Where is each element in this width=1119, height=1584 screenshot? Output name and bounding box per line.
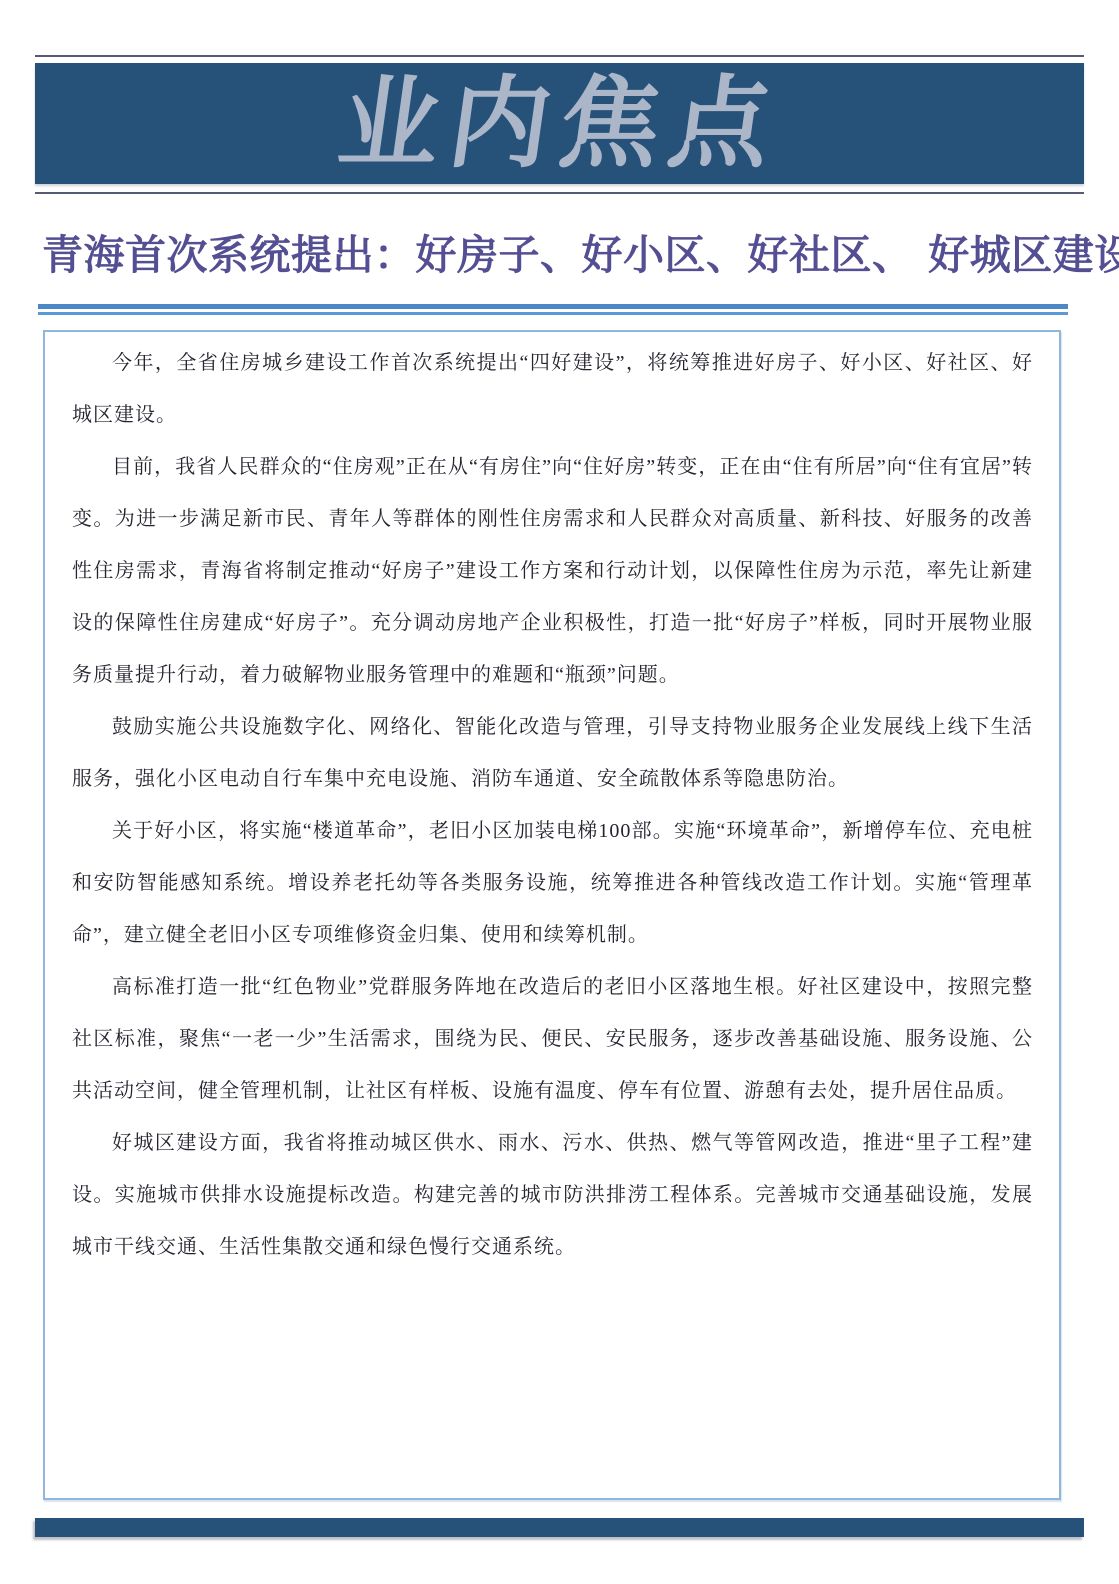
article-paragraph: 鼓励实施公共设施数字化、网络化、智能化改造与管理，引导支持物业服务企业发展线上线…	[72, 701, 1033, 805]
article-paragraph: 今年，全省住房城乡建设工作首次系统提出“四好建设”，将统筹推进好房子、好小区、好…	[72, 337, 1033, 441]
article-paragraph: 高标准打造一批“红色物业”党群服务阵地在改造后的老旧小区落地生根。好社区建设中，…	[72, 961, 1033, 1117]
article-paragraph: 目前，我省人民群众的“住房观”正在从“有房住”向“住好房”转变，正在由“住有所居…	[72, 441, 1033, 701]
article-paragraph: 好城区建设方面，我省将推动城区供水、雨水、污水、供热、燃气等管网改造，推进“里子…	[72, 1117, 1033, 1273]
headline-divider	[38, 304, 1068, 315]
article-body: 今年，全省住房城乡建设工作首次系统提出“四好建设”，将统筹推进好房子、好小区、好…	[45, 332, 1059, 1273]
footer-bar	[35, 1518, 1084, 1537]
top-divider	[35, 55, 1084, 57]
banner-bottom-divider	[35, 192, 1084, 194]
article-headline: 青海首次系统提出：好房子、好小区、好社区、 好城区建设	[42, 231, 1072, 280]
section-banner-title: 业内焦点	[332, 74, 786, 174]
article-paragraph: 关于好小区，将实施“楼道革命”，老旧小区加装电梯100部。实施“环境革命”，新增…	[72, 805, 1033, 961]
section-banner: 业内焦点	[35, 63, 1084, 184]
article-body-box: 今年，全省住房城乡建设工作首次系统提出“四好建设”，将统筹推进好房子、好小区、好…	[43, 330, 1061, 1500]
